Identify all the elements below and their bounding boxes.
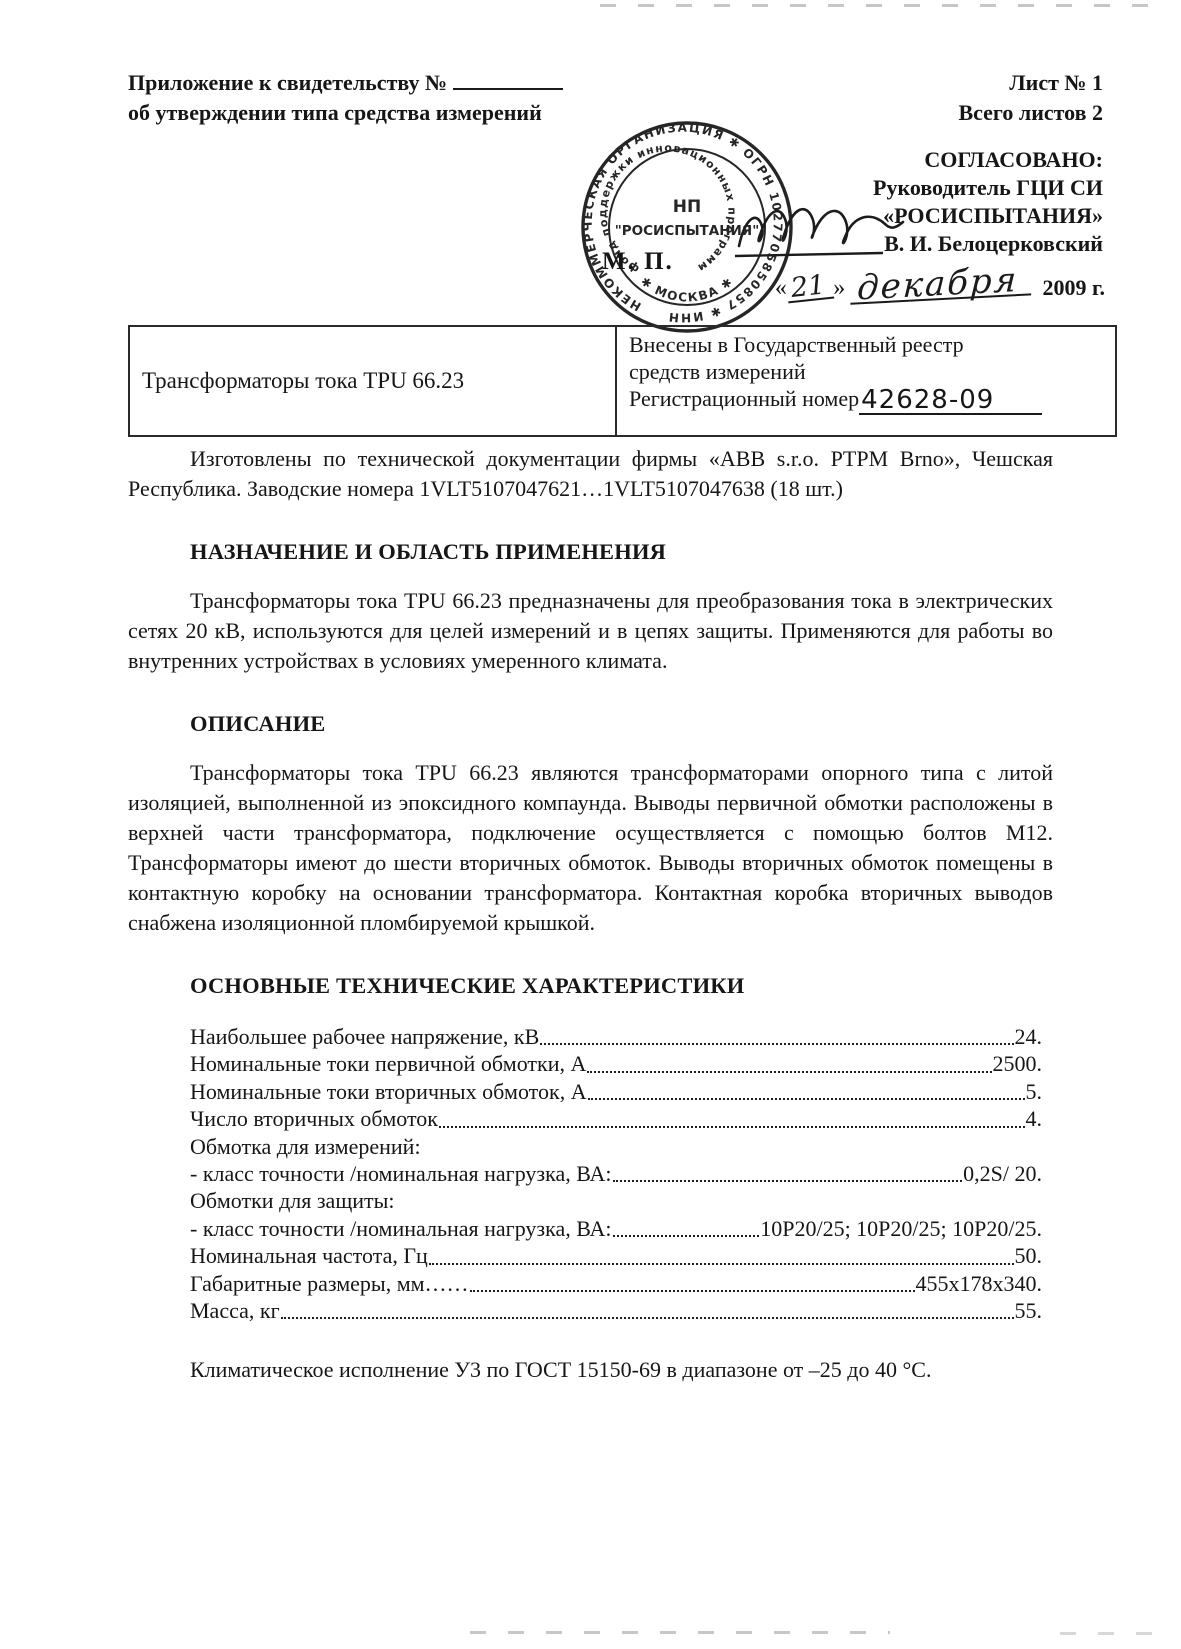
dot-leader bbox=[613, 1180, 963, 1182]
date-year: 2009 г. bbox=[1042, 275, 1105, 300]
spec-value: 55. bbox=[1015, 1297, 1043, 1324]
spec-row: Номинальная частота, Гц 50. bbox=[190, 1242, 1042, 1269]
spec-label: Масса, кг bbox=[190, 1297, 280, 1324]
manufactured-paragraph: Изготовлены по технической документации … bbox=[128, 444, 1053, 504]
handwritten-reg-number: 42628-09 bbox=[859, 388, 1042, 415]
spec-label: - класс точности /номинальная нагрузка, … bbox=[190, 1160, 612, 1187]
signature-icon bbox=[733, 198, 913, 268]
section-heading-specs: ОСНОВНЫЕ ТЕХНИЧЕСКИЕ ХАРАКТЕРИСТИКИ bbox=[190, 971, 1053, 1001]
spec-row: Габаритные размеры, мм…… 455x178x340. bbox=[190, 1270, 1042, 1297]
dot-leader bbox=[281, 1317, 1014, 1319]
sheets-total: Всего листов 2 bbox=[958, 98, 1103, 128]
spec-value: 4. bbox=[1026, 1105, 1043, 1132]
spec-value: 455x178x340. bbox=[916, 1270, 1043, 1297]
document-body: Изготовлены по технической документации … bbox=[128, 444, 1053, 1385]
spec-label: Наибольшее рабочее напряжение, кВ bbox=[190, 1023, 539, 1050]
registry-table: Трансформаторы тока TPU 66.23 Внесены в … bbox=[128, 325, 1117, 437]
spec-value: 5. bbox=[1026, 1078, 1043, 1105]
appendix-label: Приложение к свидетельству № bbox=[128, 70, 447, 95]
dot-leader bbox=[429, 1263, 1014, 1265]
spec-list: Наибольшее рабочее напряжение, кВ 24.Ном… bbox=[190, 1023, 1042, 1324]
sheet-number: Лист № 1 bbox=[958, 68, 1103, 98]
approval-date: «21»декабря2009 г. bbox=[775, 270, 1105, 302]
spec-row: Обмотки для защиты: bbox=[190, 1187, 1042, 1214]
climate-note: Климатическое исполнение У3 по ГОСТ 1515… bbox=[128, 1355, 1053, 1385]
spec-row: Номинальные токи первичной обмотки, А 25… bbox=[190, 1050, 1042, 1077]
header-left: Приложение к свидетельству № об утвержде… bbox=[128, 68, 563, 128]
seal-city-text: ✱ МОСКВА ✱ bbox=[638, 274, 736, 304]
certificate-number-blank bbox=[453, 70, 563, 90]
reg-number-label: Регистрационный номер bbox=[629, 386, 859, 411]
appendix-label-line2: об утверждении типа средства измерений bbox=[128, 98, 563, 128]
scan-artifact bbox=[600, 4, 1160, 7]
spec-label: Номинальные токи вторичных обмоток, А bbox=[190, 1078, 587, 1105]
spec-value: 10P20/25; 10P20/25; 10P20/25. bbox=[760, 1215, 1042, 1242]
spec-row: Число вторичных обмоток4. bbox=[190, 1105, 1042, 1132]
registry-info-cell: Внесены в Государственный реестр средств… bbox=[617, 327, 1115, 435]
spec-label: Обмотки для защиты: bbox=[190, 1187, 395, 1214]
spec-row: Обмотка для измерений: bbox=[190, 1133, 1042, 1160]
registry-line1: Внесены в Государственный реестр bbox=[629, 331, 1105, 358]
device-name: Трансформаторы тока TPU 66.23 bbox=[142, 368, 464, 394]
dot-leader bbox=[470, 1290, 915, 1292]
spec-row: Наибольшее рабочее напряжение, кВ 24. bbox=[190, 1023, 1042, 1050]
spec-row: Масса, кг55. bbox=[190, 1297, 1042, 1324]
header-right: Лист № 1 Всего листов 2 bbox=[958, 68, 1103, 128]
spec-row: - класс точности /номинальная нагрузка, … bbox=[190, 1160, 1042, 1187]
device-name-cell: Трансформаторы тока TPU 66.23 bbox=[130, 327, 617, 435]
handwritten-month: декабря bbox=[851, 265, 1034, 305]
spec-value: 2500. bbox=[993, 1050, 1043, 1077]
section-heading-purpose: НАЗНАЧЕНИЕ И ОБЛАСТЬ ПРИМЕНЕНИЯ bbox=[190, 537, 1053, 567]
spec-label: Число вторичных обмоток bbox=[190, 1105, 438, 1132]
spec-value: 0,2S/ 20. bbox=[963, 1160, 1042, 1187]
dot-leader bbox=[587, 1071, 991, 1073]
spec-row: - класс точности /номинальная нагрузка, … bbox=[190, 1215, 1042, 1242]
spec-label: Габаритные размеры, мм…… bbox=[190, 1270, 469, 1297]
quote-close: » bbox=[833, 275, 845, 301]
spec-value: 50. bbox=[1015, 1242, 1043, 1269]
spec-label: Номинальная частота, Гц bbox=[190, 1242, 428, 1269]
dot-leader bbox=[439, 1126, 1025, 1128]
registry-line2: средств измерений bbox=[629, 358, 1105, 385]
dot-leader bbox=[613, 1235, 760, 1237]
spec-label: Номинальные токи первичной обмотки, А bbox=[190, 1050, 586, 1077]
svg-text:✱ МОСКВА ✱: ✱ МОСКВА ✱ bbox=[638, 274, 736, 304]
spec-label: Обмотка для измерений: bbox=[190, 1133, 421, 1160]
scan-artifact bbox=[470, 1631, 890, 1634]
spec-value: 24. bbox=[1015, 1023, 1043, 1050]
spec-label: - класс точности /номинальная нагрузка, … bbox=[190, 1215, 612, 1242]
handwritten-day: 21 bbox=[786, 273, 835, 304]
dot-leader bbox=[588, 1098, 1025, 1100]
dot-leader bbox=[540, 1043, 1013, 1045]
agreed-label: СОГЛАСОВАНО: bbox=[873, 146, 1103, 174]
section-heading-description: ОПИСАНИЕ bbox=[190, 709, 1053, 739]
scan-artifact bbox=[1060, 1632, 1160, 1635]
spec-row: Номинальные токи вторичных обмоток, А5. bbox=[190, 1078, 1042, 1105]
description-paragraph: Трансформаторы тока TPU 66.23 являются т… bbox=[128, 758, 1053, 938]
seal-place-mark: М. П. bbox=[602, 248, 674, 276]
scanned-certificate-page: Приложение к свидетельству № об утвержде… bbox=[0, 0, 1181, 1649]
registry-line3: Регистрационный номер42628-09 bbox=[629, 385, 1105, 413]
purpose-paragraph: Трансформаторы тока TPU 66.23 предназнач… bbox=[128, 586, 1053, 676]
seal-center-abbrev: НП bbox=[673, 197, 701, 217]
